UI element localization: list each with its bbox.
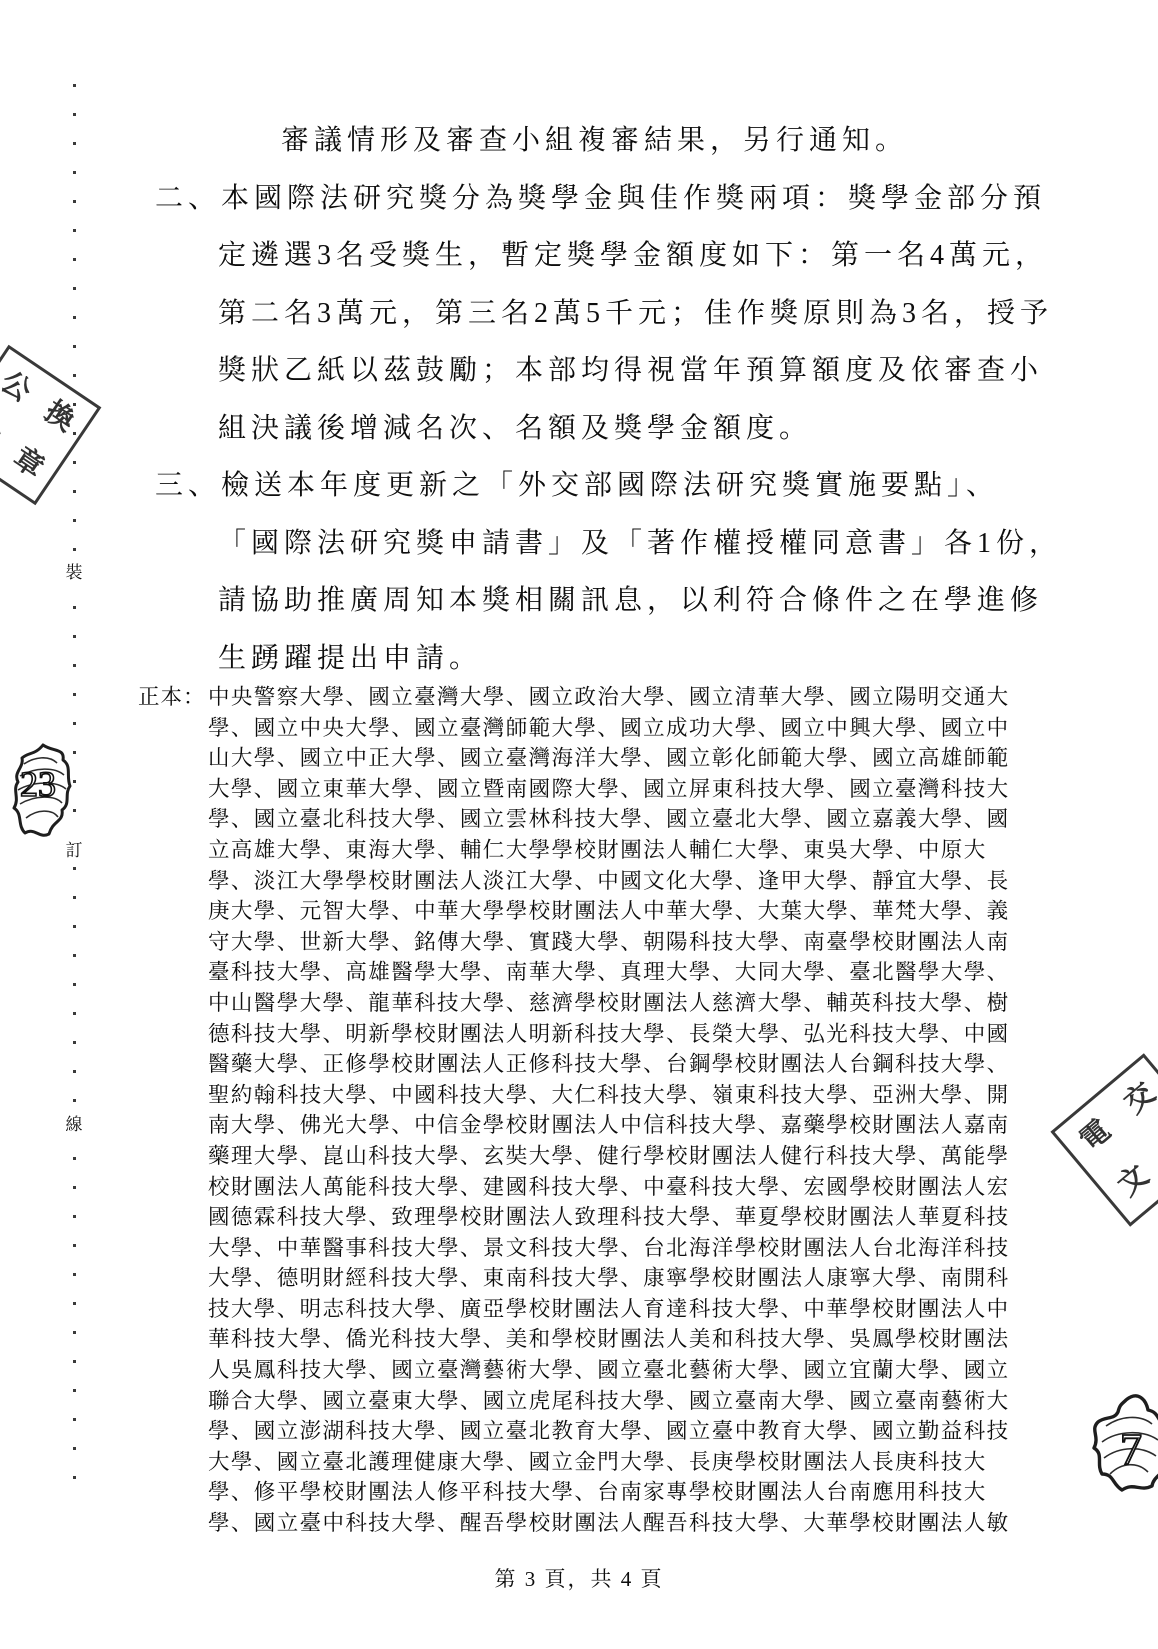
binding-mark-xian: 線 xyxy=(63,1112,85,1137)
recipient-line: 大學、國立臺北護理健康大學、國立金門大學、長庚學校財團法人長庚科技大 xyxy=(208,1447,1038,1478)
seal-character: 電 xyxy=(1075,1116,1116,1157)
recipient-line: 聯合大學、國立臺東大學、國立虎尾科技大學、國立臺南大學、國立臺南藝術大 xyxy=(208,1386,1038,1417)
recipient-line: 藥理大學、崑山科技大學、玄奘大學、健行學校財團法人健行科技大學、萬能學 xyxy=(208,1141,1038,1172)
number-stamp-23: 23 xyxy=(10,742,72,842)
recipient-line: 山大學、國立中正大學、國立臺灣海洋大學、國立彰化師範大學、國立高雄師範 xyxy=(208,743,1038,774)
exchange-seal-right: 電交文換 xyxy=(1050,1053,1158,1226)
stamp-number-text: 23 xyxy=(20,764,56,804)
seal-character: 公 xyxy=(0,367,36,407)
body-line: 組決議後增減名次、名額及獎學金額度。 xyxy=(218,400,1055,458)
body-line: 二、本國際法研究獎分為獎學金與佳作獎兩項：獎學金部分預 xyxy=(155,170,1055,228)
recipient-line: 中央警察大學、國立臺灣大學、國立政治大學、國立清華大學、國立陽明交通大 xyxy=(208,682,1038,713)
recipient-line: 人吳鳳科技大學、國立臺灣藝術大學、國立臺北藝術大學、國立宜蘭大學、國立 xyxy=(208,1355,1038,1386)
binding-mark-zhuang: 裝 xyxy=(63,560,85,585)
seal-character: 換 xyxy=(39,396,79,436)
seal-character: 交 xyxy=(1120,1078,1158,1119)
recipient-line: 學、國立澎湖科技大學、國立臺北教育大學、國立臺中教育大學、國立勤益科技 xyxy=(208,1416,1038,1447)
recipients-label: 正本： xyxy=(138,682,208,713)
body-line: 審議情形及審查小組複審結果，另行通知。 xyxy=(281,112,1055,170)
body-line: 三、檢送本年度更新之「外交部國際法研究獎實施要點」、 xyxy=(155,457,1055,515)
body-line: 獎狀乙紙以茲鼓勵；本部均得視當年預算額度及依審查小 xyxy=(218,342,1055,400)
recipient-line: 立高雄大學、東海大學、輔仁大學學校財團法人輔仁大學、東吳大學、中原大 xyxy=(208,835,1038,866)
recipient-line: 學、淡江大學學校財團法人淡江大學、中國文化大學、逢甲大學、靜宜大學、長 xyxy=(208,866,1038,897)
recipient-line: 學、國立中央大學、國立臺灣師範大學、國立成功大學、國立中興大學、國立中 xyxy=(208,713,1038,744)
exchange-seal-left: 公換文章 xyxy=(0,345,101,505)
number-stamp-7: 7 xyxy=(1076,1386,1158,1506)
recipient-line: 華科技大學、僑光科技大學、美和學校財團法人美和科技大學、吳鳳學校財團法 xyxy=(208,1324,1038,1355)
body-line: 定遴選3名受獎生，暫定獎學金額度如下：第一名4萬元， xyxy=(218,227,1055,285)
recipient-line: 大學、國立東華大學、國立暨南國際大學、國立屏東科技大學、國立臺灣科技大 xyxy=(208,774,1038,805)
body-line: 生踴躍提出申請。 xyxy=(218,630,1055,688)
recipient-line: 學、國立臺北科技大學、國立雲林科技大學、國立臺北大學、國立嘉義大學、國 xyxy=(208,804,1038,835)
recipient-line: 大學、中華醫事科技大學、景文科技大學、台北海洋學校財團法人台北海洋科技 xyxy=(208,1233,1038,1264)
recipient-line: 醫藥大學、正修學校財團法人正修科技大學、台鋼學校財團法人台鋼科技大學、 xyxy=(208,1049,1038,1080)
stamp-number-text: 7 xyxy=(1120,1425,1142,1474)
recipient-line: 校財團法人萬能科技大學、建國科技大學、中臺科技大學、宏國學校財團法人宏 xyxy=(208,1172,1038,1203)
body-line: 請協助推廣周知本獎相關訊息，以利符合條件之在學進修 xyxy=(218,572,1055,630)
recipient-line: 南大學、佛光大學、中信金學校財團法人中信科技大學、嘉藥學校財團法人嘉南 xyxy=(208,1110,1038,1141)
body-line: 第二名3萬元，第三名2萬5千元；佳作獎原則為3名，授予 xyxy=(218,285,1055,343)
binding-dotted-line xyxy=(73,84,76,1486)
recipient-line: 德科技大學、明新學校財團法人明新科技大學、長榮大學、弘光科技大學、中國 xyxy=(208,1019,1038,1050)
page-footer: 第 3 頁，共 4 頁 xyxy=(0,1563,1158,1593)
recipients-lines: 中央警察大學、國立臺灣大學、國立政治大學、國立清華大學、國立陽明交通大學、國立中… xyxy=(208,682,1038,1539)
recipient-line: 學、國立臺中科技大學、醒吾學校財團法人醒吾科技大學、大華學校財團法人敏 xyxy=(208,1508,1038,1539)
recipient-line: 國德霖科技大學、致理學校財團法人致理科技大學、華夏學校財團法人華夏科技 xyxy=(208,1202,1038,1233)
recipient-line: 大學、德明財經科技大學、東南科技大學、康寧學校財團法人康寧大學、南開科 xyxy=(208,1263,1038,1294)
recipient-line: 庚大學、元智大學、中華大學學校財團法人中華大學、大葉大學、華梵大學、義 xyxy=(208,896,1038,927)
document-page: 裝 訂 線 審議情形及審查小組複審結果，另行通知。二、本國際法研究獎分為獎學金與… xyxy=(0,0,1158,1649)
recipient-line: 聖約翰科技大學、中國科技大學、大仁科技大學、嶺東科技大學、亞洲大學、開 xyxy=(208,1080,1038,1111)
recipient-line: 技大學、明志科技大學、廣亞學校財團法人育達科技大學、中華學校財團法人中 xyxy=(208,1294,1038,1325)
body-line: 「國際法研究獎申請書」及「著作權授權同意書」各1份， xyxy=(218,515,1055,573)
seal-character: 文 xyxy=(0,413,5,453)
recipient-line: 中山醫學大學、龍華科技大學、慈濟學校財團法人慈濟大學、輔英科技大學、樹 xyxy=(208,988,1038,1019)
recipient-line: 學、修平學校財團法人修平科技大學、台南家專學校財團法人台南應用科技大 xyxy=(208,1477,1038,1508)
recipients-block: 正本： 中央警察大學、國立臺灣大學、國立政治大學、國立清華大學、國立陽明交通大學… xyxy=(138,682,1038,1539)
recipient-line: 臺科技大學、高雄醫學大學、南華大學、真理大學、大同大學、臺北醫學大學、 xyxy=(208,957,1038,988)
body-text: 審議情形及審查小組複審結果，另行通知。二、本國際法研究獎分為獎學金與佳作獎兩項：… xyxy=(155,112,1055,687)
seal-character: 文 xyxy=(1113,1161,1154,1202)
seal-character: 章 xyxy=(8,443,48,483)
recipient-line: 守大學、世新大學、銘傳大學、實踐大學、朝陽科技大學、南臺學校財團法人南 xyxy=(208,927,1038,958)
